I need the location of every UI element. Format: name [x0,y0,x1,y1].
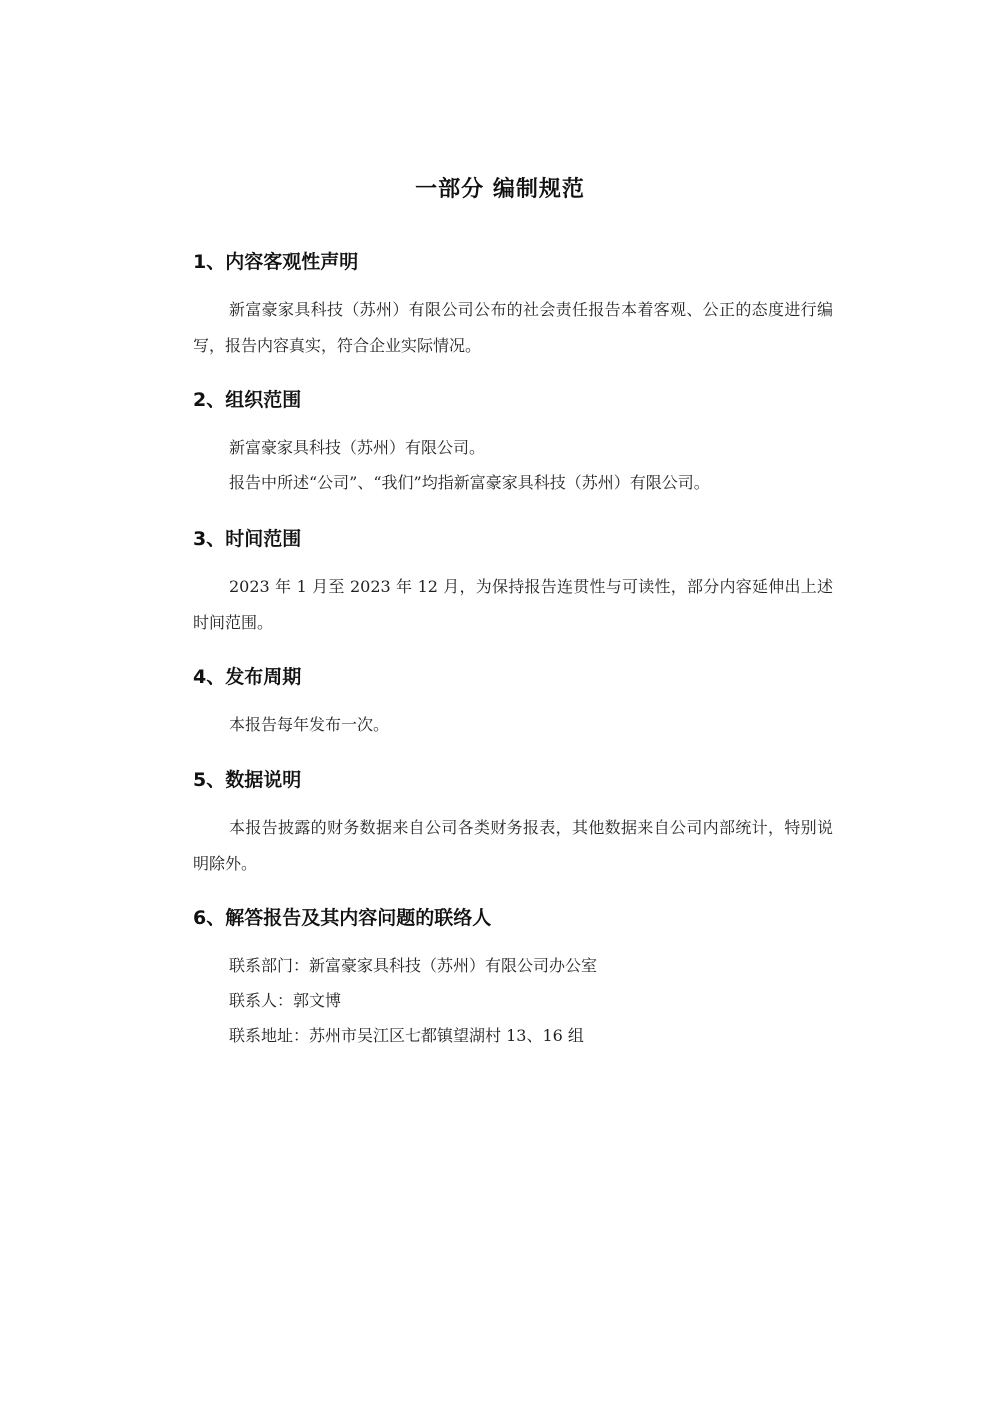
section-heading-time-scope: 3、时间范围 [193,524,301,551]
section-heading-data-notes: 5、数据说明 [193,765,301,792]
section-heading-org-scope: 2、组织范围 [193,385,301,412]
section-paragraph-objectivity: 新富豪家具科技（苏州）有限公司公布的社会责任报告本着客观、公正的态度进行编写，报… [193,292,833,364]
section-paragraph-data-notes: 本报告披露的财务数据来自公司各类财务报表，其他数据来自公司内部统计，特别说明除外… [193,810,833,882]
contact-department: 联系部门：新富豪家具科技（苏州）有限公司办公室 [229,948,597,984]
section-heading-contact: 6、解答报告及其内容问题的联络人 [193,903,491,930]
document-page: 一部分 编制规范 1、内容客观性声明 新富豪家具科技（苏州）有限公司公布的社会责… [0,0,1000,1414]
section-heading-objectivity: 1、内容客观性声明 [193,247,358,274]
org-scope-line-2: 报告中所述“公司”、“我们”均指新富豪家具科技（苏州）有限公司。 [229,465,710,501]
section-paragraph-time-scope: 2023 年 1 月至 2023 年 12 月，为保持报告连贯性与可读性，部分内… [193,569,833,641]
page-title: 一部分 编制规范 [0,172,1000,203]
section-heading-release-cycle: 4、发布周期 [193,662,301,689]
contact-person: 联系人：郭文博 [229,983,341,1019]
org-scope-line-1: 新富豪家具科技（苏州）有限公司。 [229,430,485,466]
contact-address: 联系地址：苏州市吴江区七都镇望湖村 13、16 组 [229,1018,584,1054]
release-cycle-line: 本报告每年发布一次。 [229,707,389,743]
